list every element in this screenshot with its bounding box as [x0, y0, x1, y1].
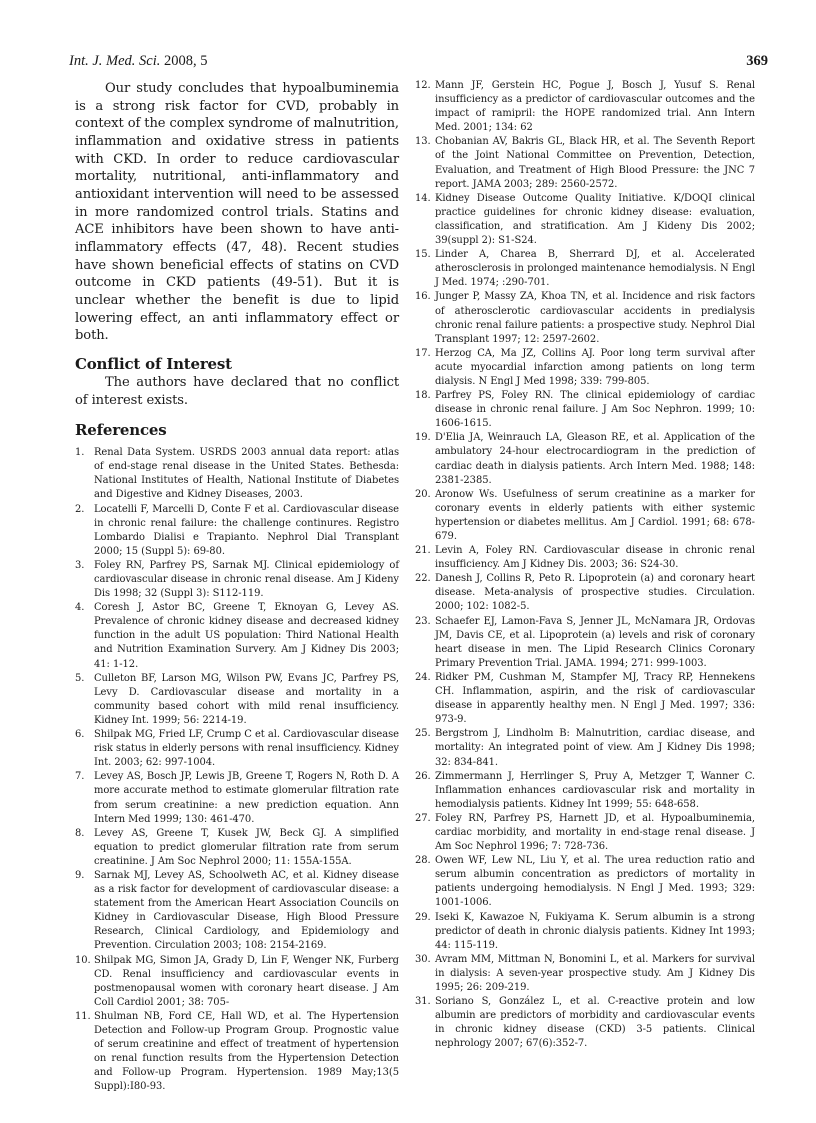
reference-text: Iseki K, Kawazoe N, Fukiyama K. Serum al… — [435, 912, 755, 951]
reference-number: 3. — [75, 559, 84, 573]
reference-text: Shilpak MG, Simon JA, Grady D, Lin F, We… — [94, 955, 399, 1008]
reference-text: Herzog CA, Ma JZ, Collins AJ. Poor long … — [435, 348, 755, 387]
reference-item: 10.Shilpak MG, Simon JA, Grady D, Lin F,… — [75, 954, 399, 1010]
reference-text: Shulman NB, Ford CE, Hall WD, et al. The… — [94, 1011, 399, 1092]
reference-text: Locatelli F, Marcelli D, Conte F et al. … — [94, 504, 399, 557]
reference-item: 6.Shilpak MG, Fried LF, Crump C et al. C… — [75, 728, 399, 770]
reference-number: 13. — [415, 135, 431, 149]
reference-number: 14. — [415, 192, 431, 206]
reference-number: 27. — [415, 812, 431, 826]
reference-number: 5. — [75, 672, 84, 686]
reference-number: 29. — [415, 911, 431, 925]
reference-text: Zimmermann J, Herrlinger S, Pruy A, Metz… — [435, 771, 755, 810]
reference-number: 19. — [415, 431, 431, 445]
reference-number: 17. — [415, 347, 431, 361]
reference-number: 23. — [415, 615, 431, 629]
reference-item: 28.Owen WF, Lew NL, Liu Y, et al. The ur… — [415, 854, 755, 910]
reference-number: 20. — [415, 488, 431, 502]
reference-item: 5.Culleton BF, Larson MG, Wilson PW, Eva… — [75, 672, 399, 728]
reference-text: Kidney Disease Outcome Quality Initiativ… — [435, 193, 755, 246]
reference-text: Aronow Ws. Usefulness of serum creatinin… — [435, 489, 755, 542]
reference-item: 14.Kidney Disease Outcome Quality Initia… — [415, 192, 755, 248]
reference-item: 1.Renal Data System. USRDS 2003 annual d… — [75, 446, 399, 502]
journal-citation: Int. J. Med. Sci. 2008, 5 — [69, 53, 208, 70]
reference-item: 16.Junger P, Massy ZA, Khoa TN, et al. I… — [415, 290, 755, 346]
reference-text: Owen WF, Lew NL, Liu Y, et al. The urea … — [435, 855, 755, 908]
reference-number: 9. — [75, 869, 84, 883]
reference-number: 22. — [415, 572, 431, 586]
reference-list-left: 1.Renal Data System. USRDS 2003 annual d… — [75, 446, 399, 1094]
page-number: 369 — [746, 53, 768, 70]
reference-text: Coresh J, Astor BC, Greene T, Eknoyan G,… — [94, 602, 399, 669]
reference-number: 11. — [75, 1010, 91, 1024]
reference-number: 8. — [75, 827, 84, 841]
conflict-of-interest-text: The authors have declared that no confli… — [75, 374, 399, 409]
journal-name: Int. J. Med. Sci. — [69, 53, 160, 69]
reference-list-right: 12.Mann JF, Gerstein HC, Pogue J, Bosch … — [415, 79, 755, 1051]
reference-text: Parfrey PS, Foley RN. The clinical epide… — [435, 390, 755, 429]
reference-number: 2. — [75, 503, 84, 517]
reference-item: 4.Coresh J, Astor BC, Greene T, Eknoyan … — [75, 601, 399, 671]
reference-number: 12. — [415, 79, 431, 93]
reference-item: 13.Chobanian AV, Bakris GL, Black HR, et… — [415, 135, 755, 191]
reference-text: Danesh J, Collins R, Peto R. Lipoprotein… — [435, 573, 755, 612]
reference-item: 19.D'Elia JA, Weinrauch LA, Gleason RE, … — [415, 431, 755, 487]
reference-text: Renal Data System. USRDS 2003 annual dat… — [94, 447, 399, 500]
reference-text: D'Elia JA, Weinrauch LA, Gleason RE, et … — [435, 432, 755, 485]
reference-item: 15.Linder A, Charea B, Sherrard DJ, et a… — [415, 248, 755, 290]
reference-number: 10. — [75, 954, 91, 968]
reference-number: 31. — [415, 995, 431, 1009]
reference-number: 1. — [75, 446, 84, 460]
conclusion-paragraph: Our study concludes that hypoalbuminemia… — [75, 80, 399, 345]
reference-text: Mann JF, Gerstein HC, Pogue J, Bosch J, … — [435, 80, 755, 133]
reference-text: Junger P, Massy ZA, Khoa TN, et al. Inci… — [435, 291, 755, 344]
reference-text: Foley RN, Parfrey PS, Harnett JD, et al.… — [435, 813, 755, 852]
reference-item: 17.Herzog CA, Ma JZ, Collins AJ. Poor lo… — [415, 347, 755, 389]
reference-number: 24. — [415, 671, 431, 685]
reference-number: 21. — [415, 544, 431, 558]
reference-number: 15. — [415, 248, 431, 262]
running-header: Int. J. Med. Sci. 2008, 5 369 — [69, 53, 768, 73]
reference-text: Levey AS, Bosch JP, Lewis JB, Greene T, … — [94, 771, 399, 824]
reference-number: 6. — [75, 728, 84, 742]
reference-item: 23.Schaefer EJ, Lamon-Fava S, Jenner JL,… — [415, 615, 755, 671]
reference-item: 27.Foley RN, Parfrey PS, Harnett JD, et … — [415, 812, 755, 854]
reference-item: 29.Iseki K, Kawazoe N, Fukiyama K. Serum… — [415, 911, 755, 953]
conflict-of-interest-heading: Conflict of Interest — [75, 354, 399, 374]
reference-text: Shilpak MG, Fried LF, Crump C et al. Car… — [94, 729, 399, 768]
reference-number: 30. — [415, 953, 431, 967]
reference-text: Levin A, Foley RN. Cardiovascular diseas… — [435, 545, 755, 570]
reference-item: 26.Zimmermann J, Herrlinger S, Pruy A, M… — [415, 770, 755, 812]
left-column: Our study concludes that hypoalbuminemia… — [75, 80, 399, 1094]
reference-number: 4. — [75, 601, 84, 615]
reference-text: Ridker PM, Cushman M, Stampfer MJ, Tracy… — [435, 672, 755, 725]
reference-text: Sarnak MJ, Levey AS, Schoolweth AC, et a… — [94, 870, 399, 951]
journal-year-volume: 2008, 5 — [160, 53, 207, 69]
reference-item: 2.Locatelli F, Marcelli D, Conte F et al… — [75, 503, 399, 559]
reference-item: 30.Avram MM, Mittman N, Bonomini L, et a… — [415, 953, 755, 995]
reference-item: 18.Parfrey PS, Foley RN. The clinical ep… — [415, 389, 755, 431]
reference-text: Linder A, Charea B, Sherrard DJ, et al. … — [435, 249, 755, 288]
reference-text: Foley RN, Parfrey PS, Sarnak MJ. Clinica… — [94, 560, 399, 599]
reference-item: 24.Ridker PM, Cushman M, Stampfer MJ, Tr… — [415, 671, 755, 727]
right-column: 12.Mann JF, Gerstein HC, Pogue J, Bosch … — [415, 79, 755, 1051]
reference-item: 11.Shulman NB, Ford CE, Hall WD, et al. … — [75, 1010, 399, 1095]
reference-item: 20.Aronow Ws. Usefulness of serum creati… — [415, 488, 755, 544]
reference-item: 3.Foley RN, Parfrey PS, Sarnak MJ. Clini… — [75, 559, 399, 601]
reference-text: Schaefer EJ, Lamon-Fava S, Jenner JL, Mc… — [435, 616, 755, 669]
reference-number: 25. — [415, 727, 431, 741]
reference-item: 21.Levin A, Foley RN. Cardiovascular dis… — [415, 544, 755, 572]
reference-text: Soriano S, González L, et al. C-reactive… — [435, 996, 755, 1049]
reference-number: 28. — [415, 854, 431, 868]
reference-number: 26. — [415, 770, 431, 784]
reference-item: 25.Bergstrom J, Lindholm B: Malnutrition… — [415, 727, 755, 769]
reference-item: 7.Levey AS, Bosch JP, Lewis JB, Greene T… — [75, 770, 399, 826]
reference-text: Bergstrom J, Lindholm B: Malnutrition, c… — [435, 728, 755, 767]
reference-text: Levey AS, Greene T, Kusek JW, Beck GJ. A… — [94, 828, 399, 867]
reference-text: Chobanian AV, Bakris GL, Black HR, et al… — [435, 136, 755, 189]
reference-number: 18. — [415, 389, 431, 403]
references-heading: References — [75, 420, 399, 440]
reference-number: 16. — [415, 290, 431, 304]
reference-number: 7. — [75, 770, 84, 784]
reference-item: 9.Sarnak MJ, Levey AS, Schoolweth AC, et… — [75, 869, 399, 954]
reference-item: 31.Soriano S, González L, et al. C-react… — [415, 995, 755, 1051]
reference-item: 8.Levey AS, Greene T, Kusek JW, Beck GJ.… — [75, 827, 399, 869]
reference-item: 12.Mann JF, Gerstein HC, Pogue J, Bosch … — [415, 79, 755, 135]
reference-item: 22.Danesh J, Collins R, Peto R. Lipoprot… — [415, 572, 755, 614]
reference-text: Culleton BF, Larson MG, Wilson PW, Evans… — [94, 673, 399, 726]
reference-text: Avram MM, Mittman N, Bonomini L, et al. … — [435, 954, 755, 993]
